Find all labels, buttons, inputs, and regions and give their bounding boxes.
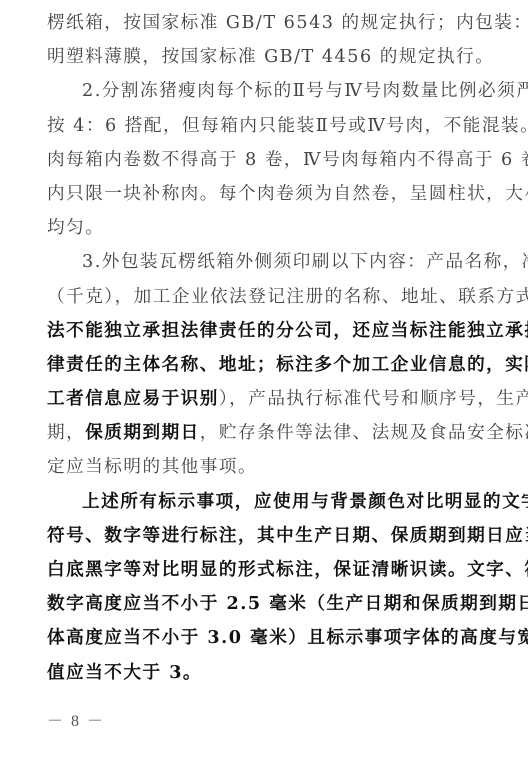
bold-text-segment: 保质期到期日	[85, 422, 200, 443]
text-line: 2.分割冻猪瘦肉每个标的Ⅱ号与Ⅳ号肉数量比例必须严格	[47, 74, 497, 108]
bold-text-segment: 白底黑字等对比明显的形式标注，保证清晰识读。文字、符号、	[47, 559, 528, 580]
text-line: 数字高度应当不小于 2.5 毫米（生产日期和保质期到期日的字	[47, 587, 497, 621]
text-line: 期，保质期到期日，贮存条件等法律、法规及食品安全标准规	[47, 416, 497, 450]
text-line: 律责任的主体名称、地址；标注多个加工企业信息的，实际加	[47, 348, 497, 382]
bold-text-segment: 体高度应当不小于 3.0 毫米）且标示事项字体的高度与宽度比	[47, 627, 528, 648]
text-segment: 明塑料薄膜，按国家标准 GB/T 4456 的规定执行。	[47, 47, 494, 67]
text-line: 符号、数字等进行标注，其中生产日期、保质期到期日应当以	[47, 519, 497, 553]
bold-text-segment: 律责任的主体名称、地址；标注多个加工企业信息的，实际加	[47, 354, 528, 375]
text-segment: （千克），加工企业依法登记注册的名称、地址、联系方式（	[47, 287, 528, 307]
text-line: 内只限一块补称肉。每个肉卷须为自然卷，呈圆柱状，大小要	[47, 177, 497, 211]
text-line: 白底黑字等对比明显的形式标注，保证清晰识读。文字、符号、	[47, 553, 497, 587]
bold-text-segment: 数字高度应当不小于 2.5 毫米（生产日期和保质期到期日的字	[47, 593, 528, 614]
text-segment: 定应当标明的其他事项。	[47, 457, 257, 477]
text-line: 工者信息应易于识别），产品执行标准代号和顺序号，生产日	[47, 382, 497, 416]
page-number: － 8 －	[47, 708, 105, 731]
text-segment: ，贮存条件等法律、法规及食品安全标准规	[200, 423, 528, 443]
text-line: 体高度应当不小于 3.0 毫米）且标示事项字体的高度与宽度比	[47, 621, 497, 655]
text-segment: ），产品执行标准代号和顺序号，生产日	[219, 389, 528, 409]
bold-text-segment: 工者信息应易于识别	[47, 388, 219, 409]
text-line: 楞纸箱，按国家标准 GB/T 6543 的规定执行；内包装：无色透	[47, 6, 497, 40]
document-page: 楞纸箱，按国家标准 GB/T 6543 的规定执行；内包装：无色透明塑料薄膜，按…	[47, 6, 497, 690]
bold-text-segment: 法不能独立承担法律责任的分公司，还应当标注能独立承担法	[47, 320, 528, 341]
text-segment: 肉每箱内卷数不得高于 8 卷，Ⅳ号肉每箱内不得高于 6 卷，箱	[47, 150, 528, 170]
text-line: 法不能独立承担法律责任的分公司，还应当标注能独立承担法	[47, 314, 497, 348]
text-segment: 楞纸箱，按国家标准 GB/T 6543 的规定执行；内包装：无色透	[47, 13, 528, 33]
bold-text-segment: 上述所有标示事项，应使用与背景颜色对比明显的文字、	[82, 491, 528, 512]
bold-text-segment: 值应当不大于 3。	[47, 662, 202, 683]
text-line: 按 4：6 搭配，但每箱内只能装Ⅱ号或Ⅳ号肉，不能混装。Ⅱ号	[47, 109, 497, 143]
text-line: 值应当不大于 3。	[47, 656, 497, 690]
text-segment: 期，	[47, 423, 85, 443]
text-line: （千克），加工企业依法登记注册的名称、地址、联系方式（依	[47, 280, 497, 314]
text-segment: 均匀。	[47, 218, 104, 238]
text-line: 定应当标明的其他事项。	[47, 450, 497, 484]
text-line: 明塑料薄膜，按国家标准 GB/T 4456 的规定执行。	[47, 40, 497, 74]
text-line: 均匀。	[47, 211, 497, 245]
text-segment: 内只限一块补称肉。每个肉卷须为自然卷，呈圆柱状，大小要	[47, 184, 528, 204]
text-segment: 3.外包装瓦楞纸箱外侧须印刷以下内容：产品名称，净含量	[82, 252, 528, 272]
text-segment: 2.分割冻猪瘦肉每个标的Ⅱ号与Ⅳ号肉数量比例必须严格	[82, 81, 528, 101]
text-line: 3.外包装瓦楞纸箱外侧须印刷以下内容：产品名称，净含量	[47, 245, 497, 279]
text-line: 上述所有标示事项，应使用与背景颜色对比明显的文字、	[47, 485, 497, 519]
text-line: 肉每箱内卷数不得高于 8 卷，Ⅳ号肉每箱内不得高于 6 卷，箱	[47, 143, 497, 177]
text-segment: 按 4：6 搭配，但每箱内只能装Ⅱ号或Ⅳ号肉，不能混装。Ⅱ号	[47, 116, 528, 136]
bold-text-segment: 符号、数字等进行标注，其中生产日期、保质期到期日应当以	[47, 525, 528, 546]
